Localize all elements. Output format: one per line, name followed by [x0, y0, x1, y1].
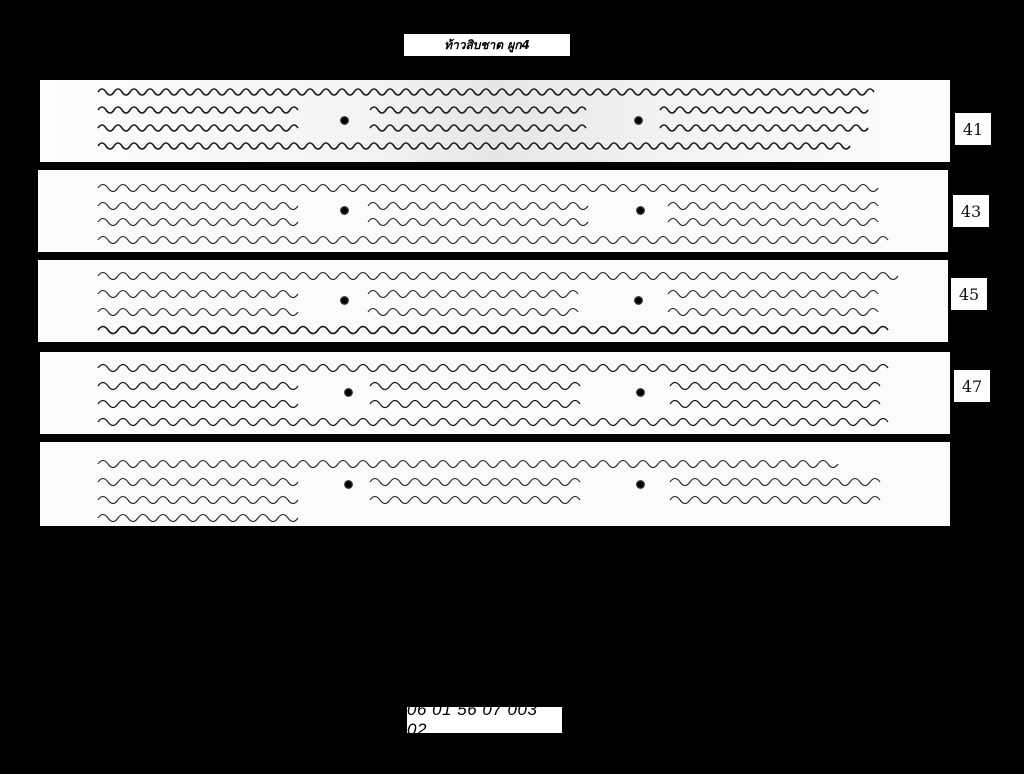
- page-number-47: 47: [954, 370, 990, 402]
- page-number-45: 45: [951, 278, 987, 310]
- binding-hole-left: [344, 480, 353, 489]
- page-number-41: 41: [955, 113, 991, 145]
- binding-hole-right: [636, 480, 645, 489]
- page-number-43: 43: [953, 195, 989, 227]
- manuscript-text-lines: [40, 442, 950, 526]
- palm-leaf-5: [40, 442, 950, 526]
- manuscript-text-lines: [40, 352, 950, 434]
- manuscript-title-label: ท้าวสิบชาต ผูก4: [404, 34, 570, 56]
- palm-leaf-2: [38, 170, 948, 252]
- manuscript-text-lines: [38, 170, 948, 252]
- palm-leaf-1: [40, 80, 950, 162]
- binding-hole-right: [636, 206, 645, 215]
- catalog-number-label: 06 01 56 07 003 02: [407, 707, 562, 733]
- binding-hole-right: [634, 116, 643, 125]
- palm-leaf-3: [38, 260, 948, 342]
- manuscript-text-lines: [38, 260, 948, 342]
- binding-hole-left: [340, 296, 349, 305]
- binding-hole-left: [340, 116, 349, 125]
- palm-leaf-4: [40, 352, 950, 434]
- manuscript-text-lines: [40, 80, 950, 162]
- binding-hole-left: [344, 388, 353, 397]
- binding-hole-right: [634, 296, 643, 305]
- binding-hole-right: [636, 388, 645, 397]
- binding-hole-left: [340, 206, 349, 215]
